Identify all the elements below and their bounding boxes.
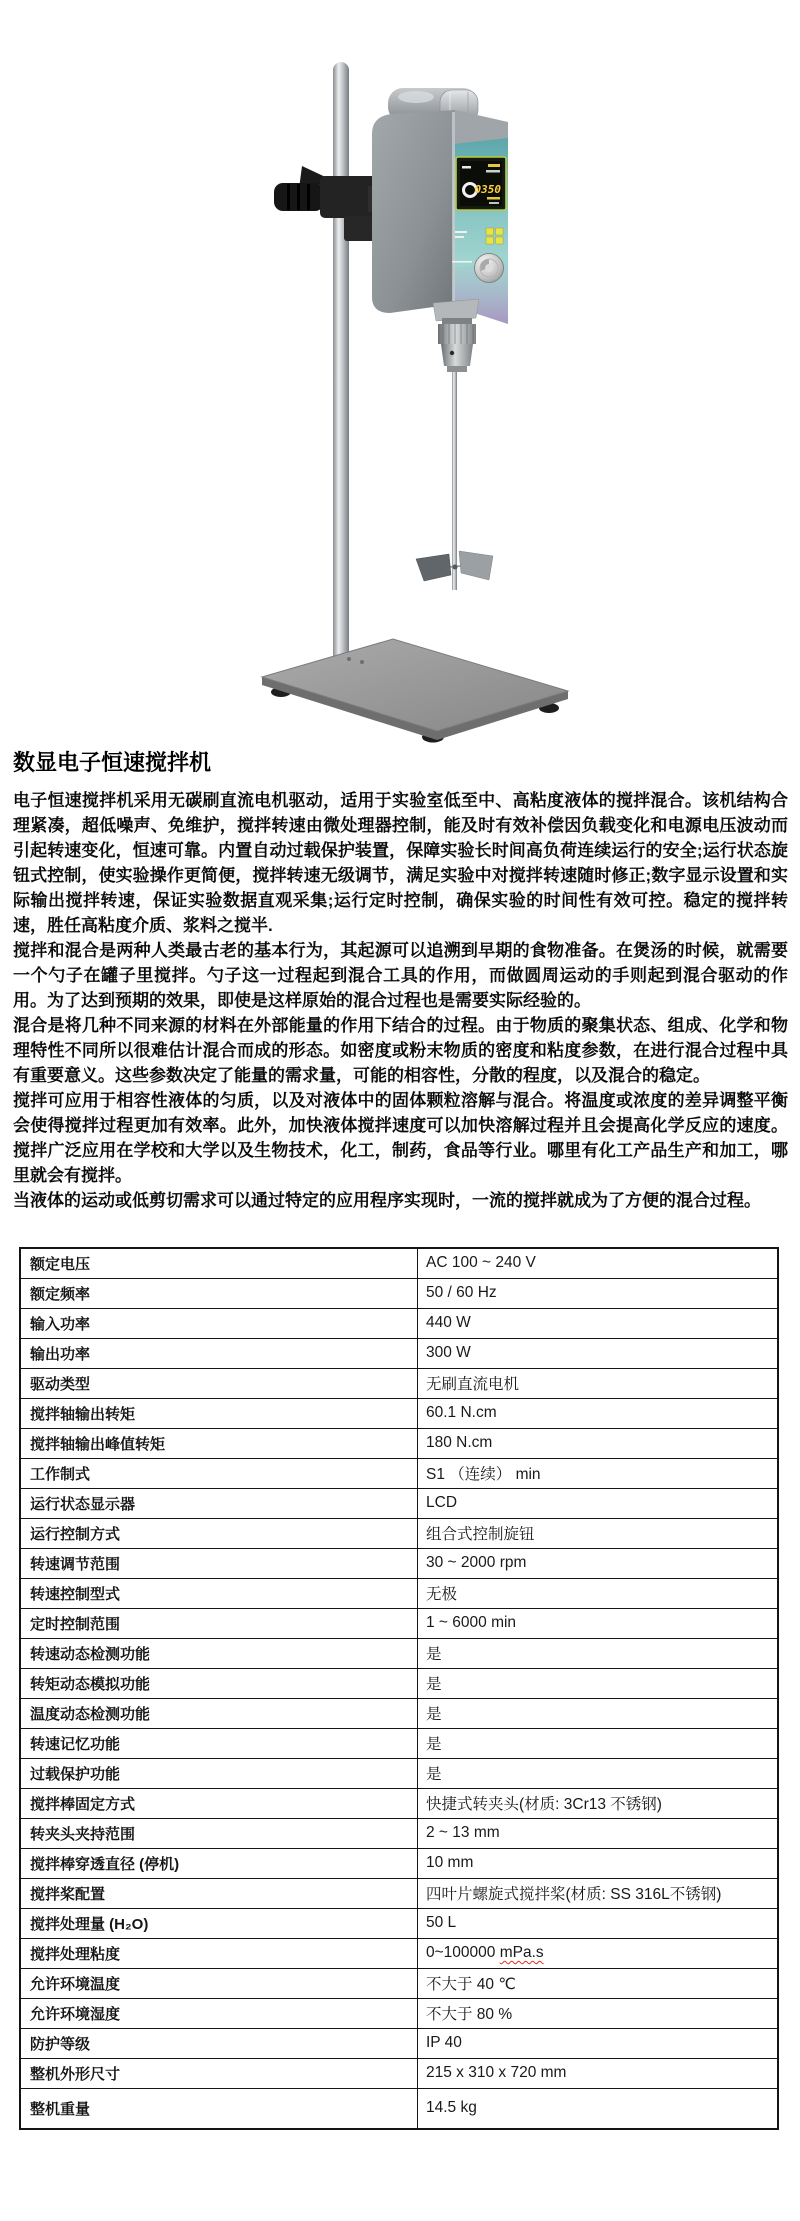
spec-label: 搅拌处理量 (H₂O) [20, 1908, 418, 1938]
spec-label: 额定频率 [20, 1278, 418, 1308]
spec-row: 定时控制范围1 ~ 6000 min [20, 1608, 778, 1638]
spec-label: 温度动态检测功能 [20, 1698, 418, 1728]
control-knob [475, 254, 504, 283]
spec-value: IP 40 [418, 2028, 779, 2058]
spec-row: 转速调节范围30 ~ 2000 rpm [20, 1548, 778, 1578]
spec-row: 输入功率440 W [20, 1308, 778, 1338]
spec-value: 10 mm [418, 1848, 779, 1878]
spec-label: 转速记忆功能 [20, 1728, 418, 1758]
spec-label: 转速动态检测功能 [20, 1638, 418, 1668]
spec-label: 额定电压 [20, 1248, 418, 1278]
spec-row: 转速记忆功能是 [20, 1728, 778, 1758]
product-description: 电子恒速搅拌机采用无碳刷直流电机驱动，适用于实验室低至中、高粘度液体的搅拌混合。… [13, 788, 788, 1213]
spec-table-body: 额定电压AC 100 ~ 240 V额定频率50 / 60 Hz输入功率440 … [20, 1248, 778, 2129]
spec-row: 整机外形尺寸215 x 310 x 720 mm [20, 2058, 778, 2088]
drive-output [416, 299, 493, 590]
spec-label: 运行控制方式 [20, 1518, 418, 1548]
spec-value: 是 [418, 1698, 779, 1728]
product-photo: 0350 [0, 0, 800, 748]
description-paragraph: 混合是将几种不同来源的材料在外部能量的作用下结合的过程。由于物质的聚集状态、组成… [13, 1013, 788, 1088]
spec-value: 180 N.cm [418, 1428, 779, 1458]
spec-value: 14.5 kg [418, 2088, 779, 2129]
spec-label: 允许环境温度 [20, 1968, 418, 1998]
spec-value: 快捷式转夹头(材质: 3Cr13 不锈钢) [418, 1788, 779, 1818]
spec-value: 是 [418, 1638, 779, 1668]
spec-row: 搅拌桨配置四叶片螺旋式搅拌桨(材质: SS 316L不锈钢) [20, 1878, 778, 1908]
spec-row: 转夹头夹持范围2 ~ 13 mm [20, 1818, 778, 1848]
spec-value: 是 [418, 1668, 779, 1698]
page-title: 数显电子恒速搅拌机 [13, 750, 800, 776]
spec-label: 防护等级 [20, 2028, 418, 2058]
base-plate [262, 639, 568, 743]
lcd-display: 0350 [456, 157, 506, 210]
page: 0350 [0, 0, 800, 2130]
spec-label: 转速调节范围 [20, 1548, 418, 1578]
spellcheck-underline: mPa.s [500, 1944, 544, 1961]
spec-row: 搅拌处理粘度0~100000 mPa.s [20, 1938, 778, 1968]
spec-row: 额定电压AC 100 ~ 240 V [20, 1248, 778, 1278]
spec-label: 允许环境湿度 [20, 1998, 418, 2028]
spec-label: 输入功率 [20, 1308, 418, 1338]
stirring-shaft [452, 372, 457, 590]
spec-label: 搅拌轴输出峰值转矩 [20, 1428, 418, 1458]
spec-value: 50 L [418, 1908, 779, 1938]
spec-value: 60.1 N.cm [418, 1398, 779, 1428]
spec-label: 转速控制型式 [20, 1578, 418, 1608]
spec-label: 输出功率 [20, 1338, 418, 1368]
output-collar [433, 299, 479, 321]
spec-label: 搅拌桨配置 [20, 1878, 418, 1908]
clamp [274, 166, 384, 241]
spec-label: 搅拌处理粘度 [20, 1938, 418, 1968]
spec-value: 无刷直流电机 [418, 1368, 779, 1398]
spec-label: 搅拌轴输出转矩 [20, 1398, 418, 1428]
spec-row: 转速动态检测功能是 [20, 1638, 778, 1668]
spec-value: 是 [418, 1728, 779, 1758]
description-paragraph: 搅拌和混合是两种人类最古老的基本行为，其起源可以追溯到早期的食物准备。在煲汤的时… [13, 938, 788, 1013]
spec-label: 整机外形尺寸 [20, 2058, 418, 2088]
spec-row: 运行状态显示器LCD [20, 1488, 778, 1518]
spec-value: 300 W [418, 1338, 779, 1368]
spec-row: 允许环境温度不大于 40 ℃ [20, 1968, 778, 1998]
spec-table: 额定电压AC 100 ~ 240 V额定频率50 / 60 Hz输入功率440 … [19, 1247, 779, 2130]
spec-label: 驱动类型 [20, 1368, 418, 1398]
spec-value: 四叶片螺旋式搅拌桨(材质: SS 316L不锈钢) [418, 1878, 779, 1908]
spec-value: 30 ~ 2000 rpm [418, 1548, 779, 1578]
spec-value: 215 x 310 x 720 mm [418, 2058, 779, 2088]
spec-row: 整机重量14.5 kg [20, 2088, 778, 2129]
spec-row: 运行控制方式组合式控制旋钮 [20, 1518, 778, 1548]
spec-label: 转矩动态模拟功能 [20, 1668, 418, 1698]
spec-row: 搅拌轴输出峰值转矩180 N.cm [20, 1428, 778, 1458]
spec-label: 转夹头夹持范围 [20, 1818, 418, 1848]
spec-label: 定时控制范围 [20, 1608, 418, 1638]
spec-row: 转矩动态模拟功能是 [20, 1668, 778, 1698]
spec-label: 工作制式 [20, 1458, 418, 1488]
spec-value: 不大于 40 ℃ [418, 1968, 779, 1998]
spec-value: 不大于 80 % [418, 1998, 779, 2028]
spec-row: 搅拌棒固定方式快捷式转夹头(材质: 3Cr13 不锈钢) [20, 1788, 778, 1818]
spec-value: 组合式控制旋钮 [418, 1518, 779, 1548]
spec-value: 0~100000 mPa.s [418, 1938, 779, 1968]
spec-label: 整机重量 [20, 2088, 418, 2129]
spec-value: 1 ~ 6000 min [418, 1608, 779, 1638]
spec-value: AC 100 ~ 240 V [418, 1248, 779, 1278]
description-paragraph: 电子恒速搅拌机采用无碳刷直流电机驱动，适用于实验室低至中、高粘度液体的搅拌混合。… [13, 788, 788, 938]
spec-value: LCD [418, 1488, 779, 1518]
spec-value: S1 （连续） min [418, 1458, 779, 1488]
spec-row: 输出功率300 W [20, 1338, 778, 1368]
spec-label: 运行状态显示器 [20, 1488, 418, 1518]
spec-row: 转速控制型式无极 [20, 1578, 778, 1608]
stand-pole [333, 62, 349, 665]
spec-row: 搅拌棒穿透直径 (停机)10 mm [20, 1848, 778, 1878]
spec-label: 搅拌棒固定方式 [20, 1788, 418, 1818]
lcd-reading: 0350 [475, 183, 502, 196]
description-paragraph: 当液体的运动或低剪切需求可以通过特定的应用程序实现时，一流的搅拌就成为了方便的混… [13, 1188, 788, 1213]
spec-value: 2 ~ 13 mm [418, 1818, 779, 1848]
spec-row: 驱动类型无刷直流电机 [20, 1368, 778, 1398]
spec-row: 允许环境湿度不大于 80 % [20, 1998, 778, 2028]
spec-row: 额定频率50 / 60 Hz [20, 1278, 778, 1308]
description-paragraph: 搅拌可应用于相容性液体的匀质，以及对液体中的固体颗粒溶解与混合。将温度或浓度的差… [13, 1088, 788, 1188]
spec-value: 无极 [418, 1578, 779, 1608]
motor-housing [372, 110, 455, 313]
spec-row: 搅拌处理量 (H₂O)50 L [20, 1908, 778, 1938]
chuck [438, 324, 476, 372]
spec-row: 过载保护功能是 [20, 1758, 778, 1788]
spec-row: 防护等级IP 40 [20, 2028, 778, 2058]
spec-row: 温度动态检测功能是 [20, 1698, 778, 1728]
stirrer-illustration: 0350 [0, 0, 800, 748]
stirrer-head: 0350 [372, 88, 508, 324]
spec-row: 工作制式S1 （连续） min [20, 1458, 778, 1488]
spec-label: 过载保护功能 [20, 1758, 418, 1788]
spec-value: 440 W [418, 1308, 779, 1338]
spec-row: 搅拌轴输出转矩60.1 N.cm [20, 1398, 778, 1428]
spec-label: 搅拌棒穿透直径 (停机) [20, 1848, 418, 1878]
spec-value: 是 [418, 1758, 779, 1788]
spec-value: 50 / 60 Hz [418, 1278, 779, 1308]
